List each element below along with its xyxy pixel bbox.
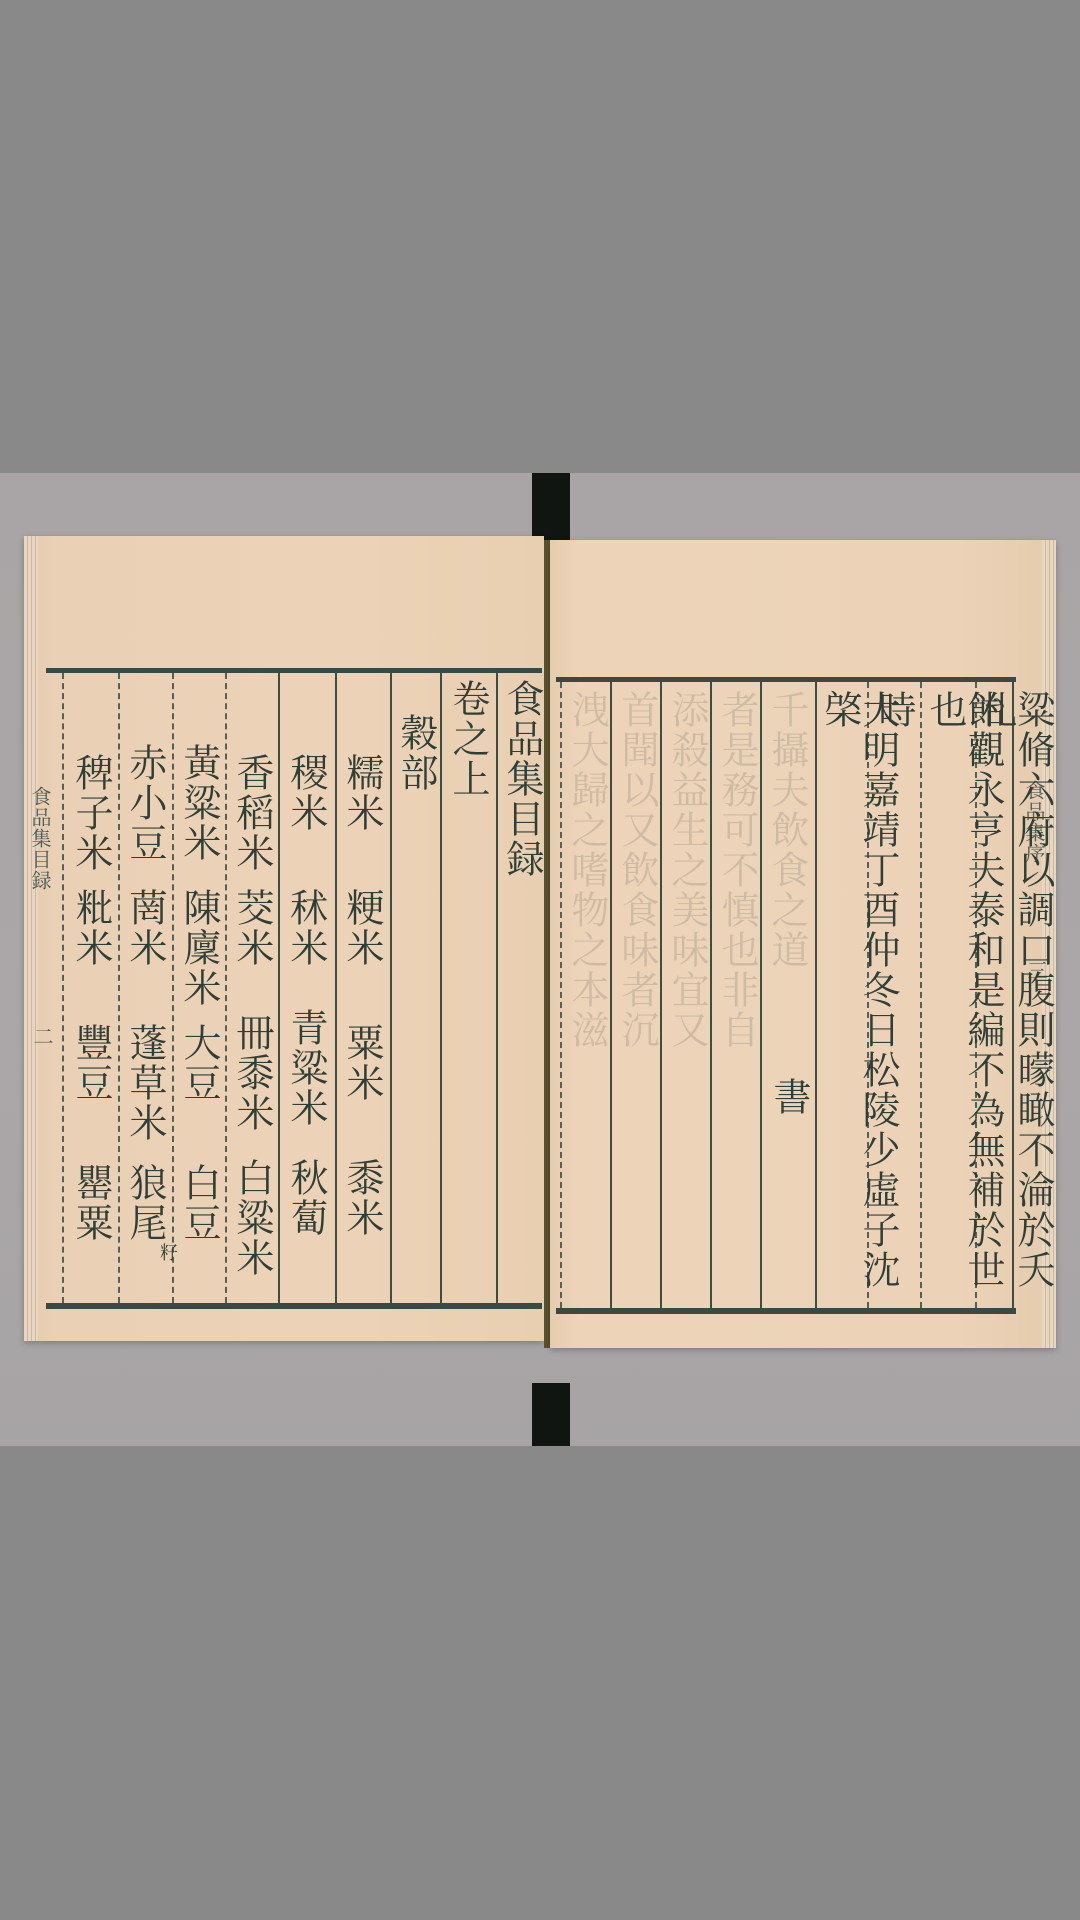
toc-entry: 黍米	[343, 1158, 381, 1238]
toc-entry: 冊黍米	[233, 1013, 271, 1133]
section-label: 穀部	[397, 713, 435, 793]
toc-entry-subscript: 籽	[158, 1243, 176, 1263]
right-text-frame: 洩大歸之嗜物之本滋 首聞以又飲食味者沉 添殺益生之美味宜又 者是務可不慎也非自 …	[556, 677, 1016, 1314]
bleed-through-text: 添殺益生之美味宜又	[668, 690, 706, 1050]
toc-entry: 粟米	[343, 1023, 381, 1103]
toc-entry: 香稻米	[233, 753, 271, 873]
toc-entry: 赤小豆	[126, 743, 164, 863]
toc-entry: 秫米	[287, 888, 325, 968]
toc-entry: 粳米	[343, 888, 381, 968]
column-rule	[560, 682, 562, 1308]
toc-entry: 青粱米	[287, 1008, 325, 1128]
column-rule	[172, 673, 174, 1303]
toc-entry: 稷米	[287, 753, 325, 833]
toc-entry: 白粱米	[233, 1158, 271, 1278]
column-rule	[710, 682, 712, 1308]
toc-entry: 粃米	[72, 888, 110, 968]
bleed-through-text: 千攝夫飲食之道	[768, 690, 806, 970]
toc-entry: 白豆	[180, 1163, 218, 1243]
toc-entry: 豐豆	[72, 1023, 110, 1103]
toc-entry: 黃粱米	[180, 743, 218, 863]
column-rule	[920, 682, 922, 1308]
column-rule	[390, 673, 392, 1303]
book-scan: 食品集目録 二 食品集目録 卷之上 穀部 糯米 粳米 粟米 黍米 稷米	[0, 473, 1080, 1446]
column-rule	[62, 673, 64, 1303]
toc-entry: 糯米	[343, 753, 381, 833]
bookmark-ribbon-top	[532, 473, 570, 541]
column-rule	[278, 673, 280, 1303]
preface-signature-shu: 書	[770, 1077, 808, 1117]
preface-signature: 大明嘉靖丁酉仲冬日松陵少虛子沈棨	[821, 690, 897, 1308]
right-page: 食品集序 三 洩大歸之嗜物之本滋 首聞以又飲食味者沉 添殺益生之美味宜又 者是務…	[550, 540, 1056, 1348]
volume-label: 卷之上	[449, 679, 487, 799]
column-rule	[610, 682, 612, 1308]
column-rule	[760, 682, 762, 1308]
toc-entry: 大豆	[180, 1023, 218, 1103]
bookmark-ribbon-bottom	[532, 1383, 570, 1446]
left-page: 食品集目録 二 食品集目録 卷之上 穀部 糯米 粳米 粟米 黍米 稷米	[24, 536, 544, 1341]
bleed-through-text: 者是務可不慎也非自	[718, 690, 756, 1050]
toc-entry: 菵米	[126, 888, 164, 968]
page-edge-left	[24, 536, 38, 1341]
column-rule	[335, 673, 337, 1303]
toc-entry: 蓬草米	[126, 1023, 164, 1143]
column-rule	[118, 673, 120, 1303]
left-text-frame: 食品集目録 卷之上 穀部 糯米 粳米 粟米 黍米 稷米 秫米 青粱米 秋蔔 香稻…	[46, 668, 542, 1309]
bleed-through-text: 首聞以又飲食味者沉	[618, 690, 656, 1050]
toc-entry: 秋蔔	[287, 1158, 325, 1238]
bleed-through-text: 洩大歸之嗜物之本滋	[568, 690, 606, 1050]
column-rule	[660, 682, 662, 1308]
column-rule	[225, 673, 227, 1303]
toc-entry: 稗子米	[72, 753, 110, 873]
toc-entry: 狼尾	[126, 1163, 164, 1243]
preface-line: 飴觀永亨夫泰和是編不為無補於世也	[926, 690, 1002, 1308]
toc-entry: 陳廩米	[180, 888, 218, 1008]
column-rule	[440, 673, 442, 1303]
column-rule	[496, 673, 498, 1303]
toc-title: 食品集目録	[503, 679, 541, 879]
toc-entry: 罌粟	[72, 1163, 110, 1243]
toc-entry: 茭米	[233, 888, 271, 968]
column-rule	[815, 682, 817, 1308]
